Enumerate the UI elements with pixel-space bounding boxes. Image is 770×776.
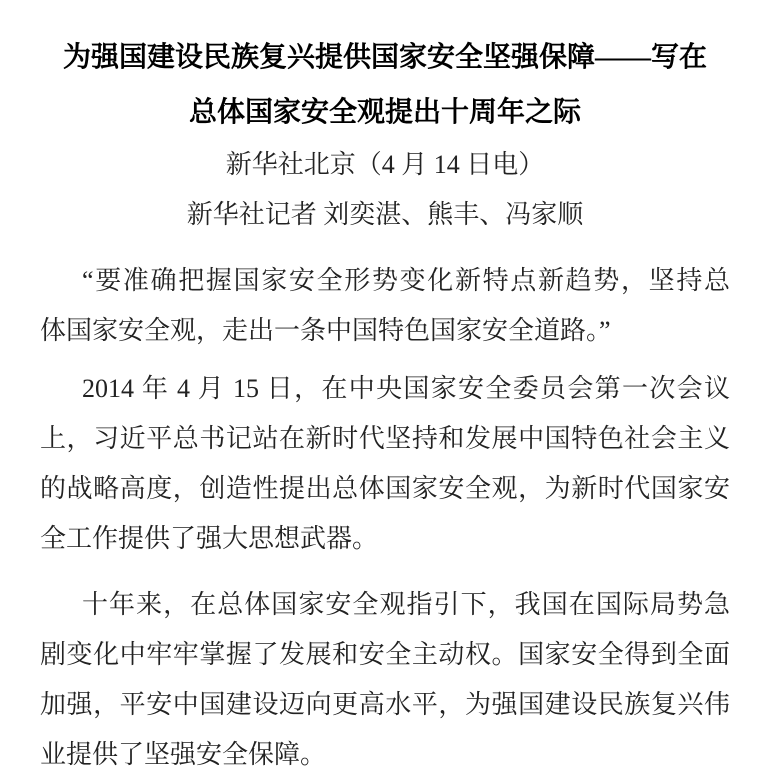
dateline: 新华社北京（4 月 14 日电） xyxy=(40,140,730,190)
document-page: 为强国建设民族复兴提供国家安全坚强保障——写在 总体国家安全观提出十周年之际 新… xyxy=(0,0,770,776)
paragraph-ten-years-line-3: 加强，平安中国建设迈向更高水平，为强国建设民族复兴伟 xyxy=(40,680,730,730)
article-title: 为强国建设民族复兴提供国家安全坚强保障——写在 总体国家安全观提出十周年之际 xyxy=(40,0,730,140)
paragraph-ten-years-line-1: 十年来，在总体国家安全观指引下，我国在国际局势急 xyxy=(40,580,730,630)
paragraph-quote-line-1: “要准确把握国家安全形势变化新特点新趋势，坚持总 xyxy=(40,256,730,306)
byline: 新华社记者 刘奕湛、熊丰、冯家顺 xyxy=(40,190,730,240)
paragraph-2014-meeting-line-4: 全工作提供了强大思想武器。 xyxy=(40,514,730,564)
article-title-line-2: 总体国家安全观提出十周年之际 xyxy=(40,85,730,140)
paragraph-2014-meeting-line-3: 的战略高度，创造性提出总体国家安全观，为新时代国家安 xyxy=(40,464,730,514)
paragraph-ten-years-line-4: 业提供了坚强安全保障。 xyxy=(40,730,730,776)
paragraph-2014-meeting: 2014 年 4 月 15 日，在中央国家安全委员会第一次会议 上，习近平总书记… xyxy=(40,364,730,564)
document-body: 为强国建设民族复兴提供国家安全坚强保障——写在 总体国家安全观提出十周年之际 新… xyxy=(40,0,730,776)
paragraph-2014-meeting-line-2: 上，习近平总书记站在新时代坚持和发展中国特色社会主义 xyxy=(40,414,730,464)
paragraph-quote-line-2: 体国家安全观，走出一条中国特色国家安全道路。” xyxy=(40,306,730,356)
article-title-line-1: 为强国建设民族复兴提供国家安全坚强保障——写在 xyxy=(40,30,730,85)
paragraph-ten-years-line-2: 剧变化中牢牢掌握了发展和安全主动权。国家安全得到全面 xyxy=(40,630,730,680)
paragraph-2014-meeting-line-1: 2014 年 4 月 15 日，在中央国家安全委员会第一次会议 xyxy=(40,364,730,414)
paragraph-ten-years: 十年来，在总体国家安全观指引下，我国在国际局势急 剧变化中牢牢掌握了发展和安全主… xyxy=(40,580,730,776)
paragraph-quote: “要准确把握国家安全形势变化新特点新趋势，坚持总 体国家安全观，走出一条中国特色… xyxy=(40,256,730,356)
